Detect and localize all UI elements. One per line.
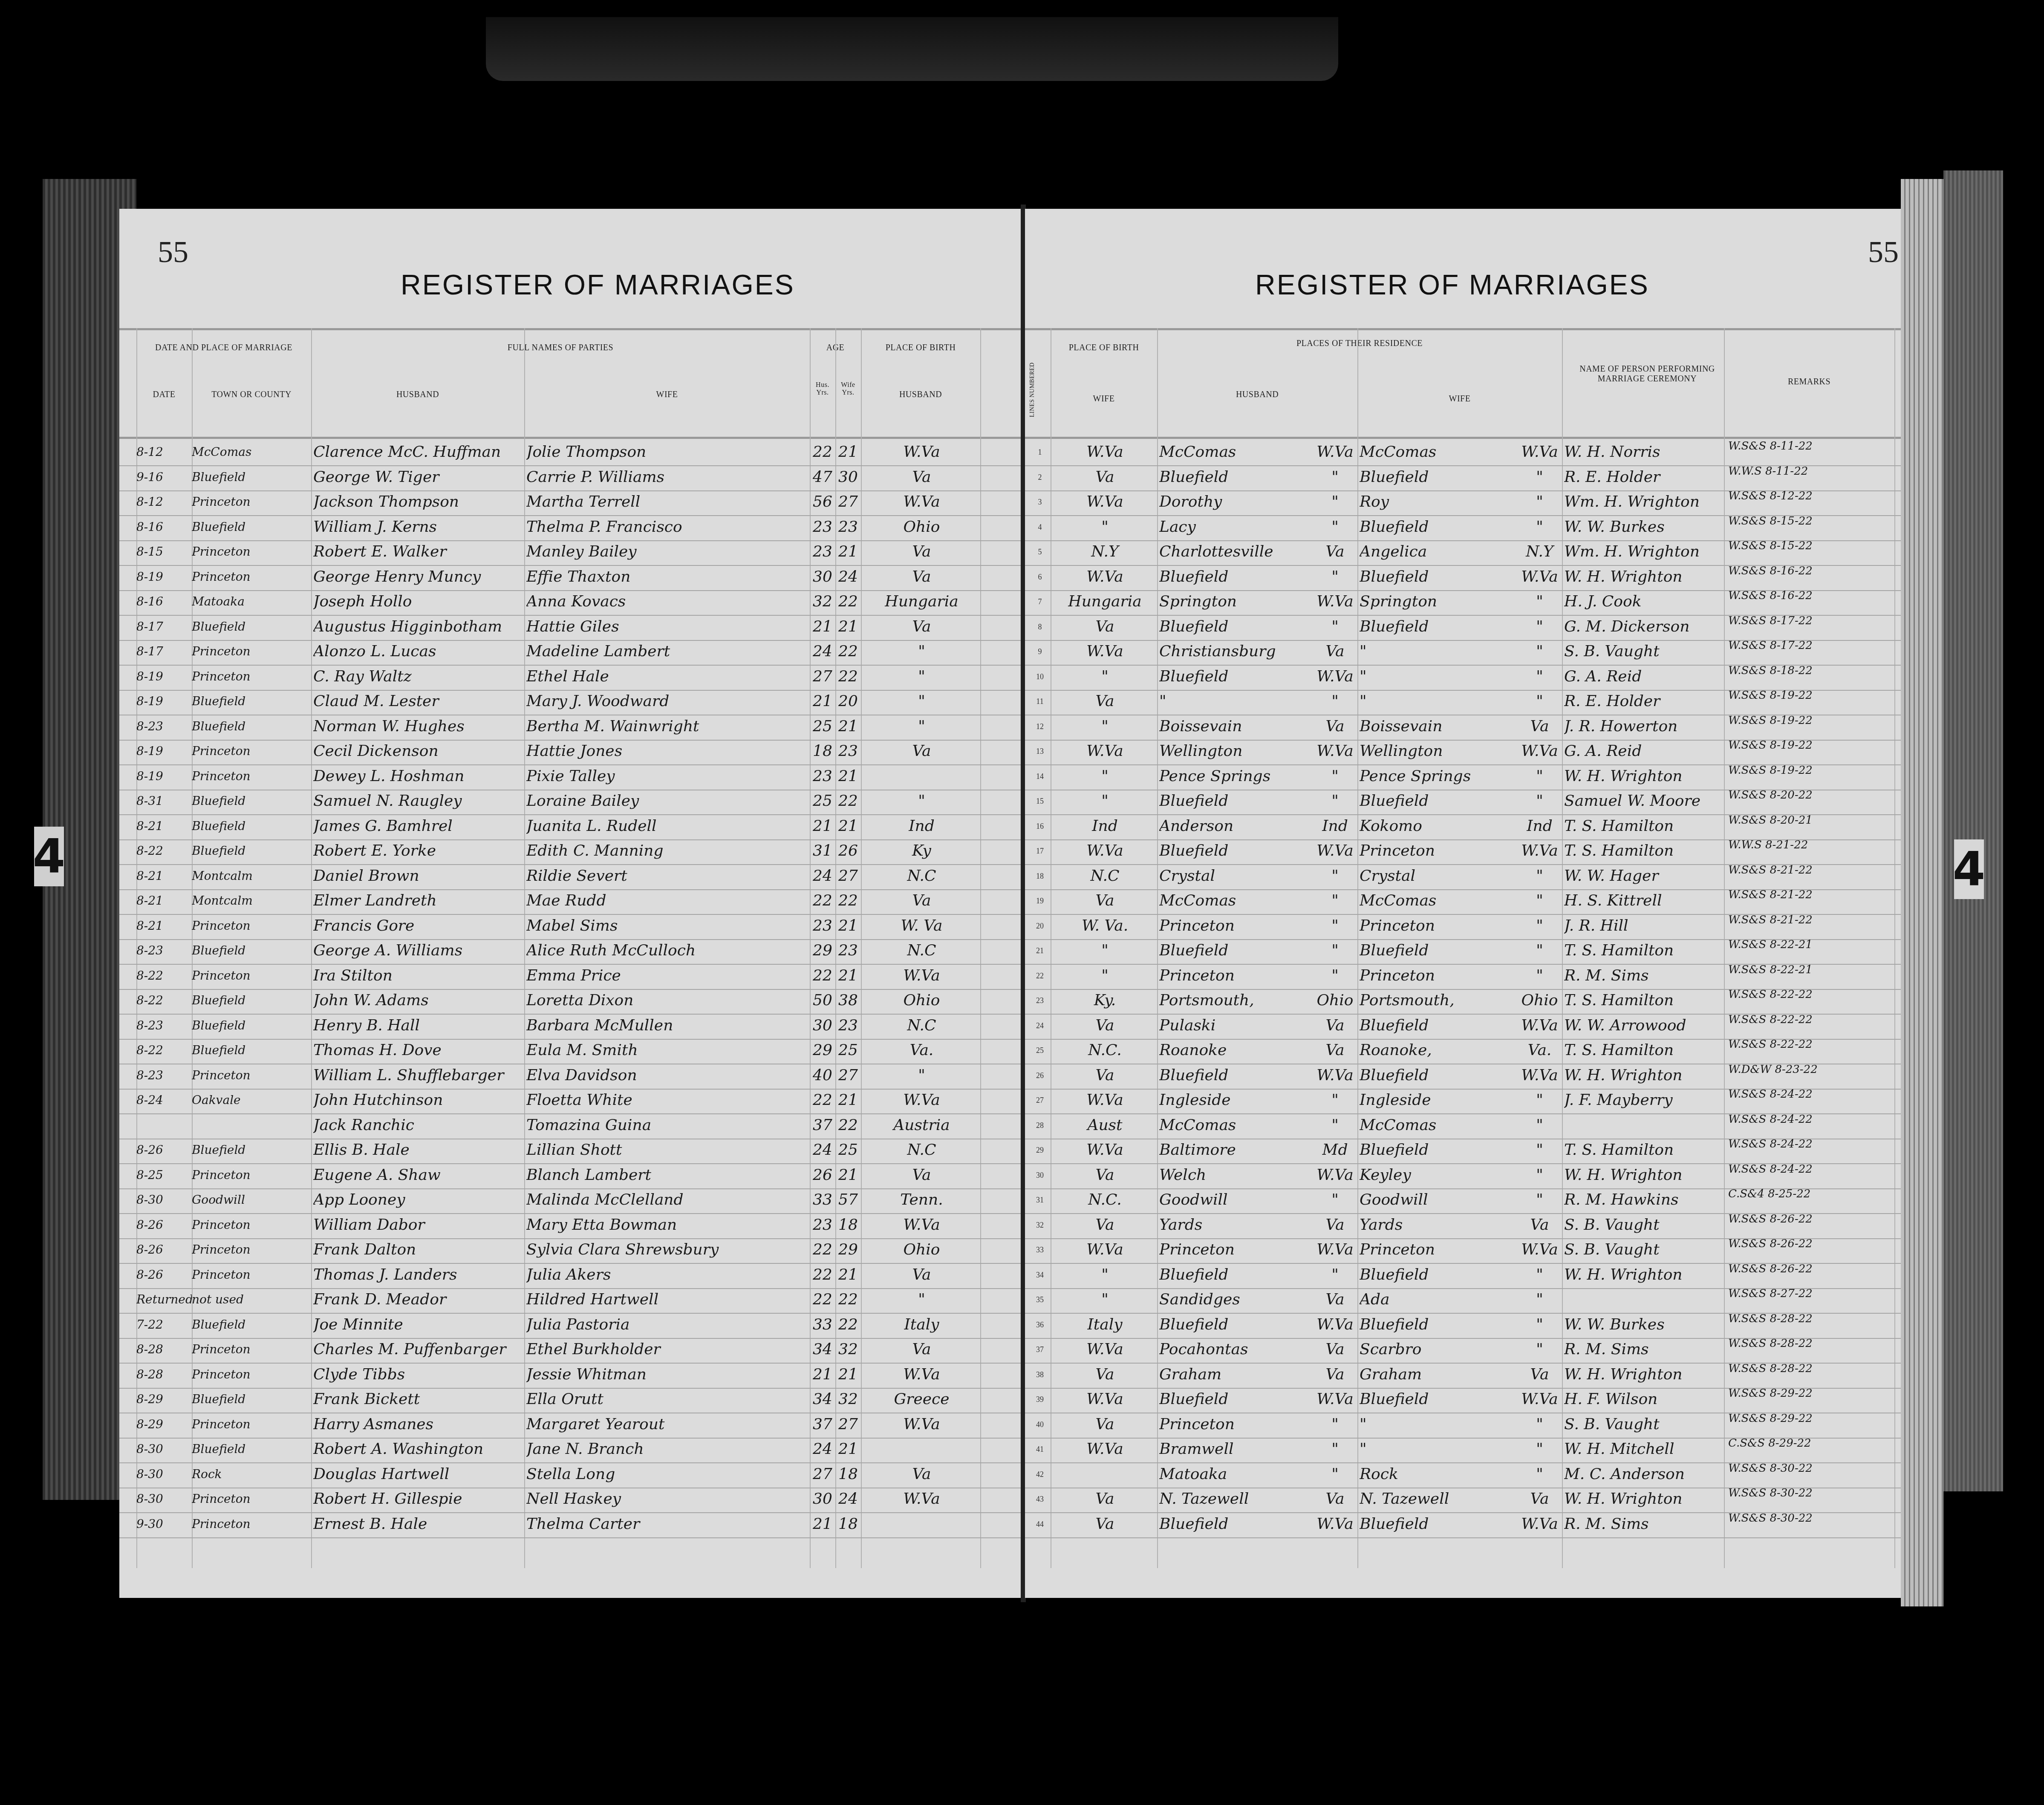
table-row: 8-19BluefieldClaud M. LesterMary J. Wood… xyxy=(119,688,1023,715)
row-town: Princeton xyxy=(192,1486,311,1512)
row-birth-wife: N.C. xyxy=(1053,1037,1157,1064)
row-wife: Jane N. Branch xyxy=(526,1436,810,1462)
table-row: 28AustMcComas"McComas"W.S&S 8-24-22 xyxy=(1025,1112,1941,1139)
row-age-wife: 21 xyxy=(835,1087,861,1113)
row-husband: Jack Ranchic xyxy=(313,1112,524,1139)
row-res-wife: Bluefield xyxy=(1360,564,1517,590)
row-date: 7-22 xyxy=(136,1312,192,1338)
row-res-husband-state: " xyxy=(1313,564,1357,590)
row-line-number: 44 xyxy=(1029,1511,1051,1537)
row-res-husband: Crystal xyxy=(1159,863,1313,889)
row-officiant: T. S. Hamilton xyxy=(1564,813,1724,839)
table-row: 20W. Va.Princeton"Princeton"J. R. HillW.… xyxy=(1025,913,1941,940)
row-remarks: W.S&S 8-18-22 xyxy=(1728,663,1894,691)
table-row: 8-30PrincetonRobert H. GillespieNell Has… xyxy=(119,1486,1023,1513)
row-birth-wife: Va xyxy=(1053,1062,1157,1089)
table-row: 8-23BluefieldHenry B. HallBarbara McMull… xyxy=(119,1012,1023,1040)
row-res-wife: Keyley xyxy=(1360,1162,1517,1188)
row-date: 8-29 xyxy=(136,1411,192,1438)
row-husband: C. Ray Waltz xyxy=(313,663,524,690)
table-row: 8-31BluefieldSamuel N. RaugleyLoraine Ba… xyxy=(119,788,1023,815)
row-res-wife: Boissevain xyxy=(1360,713,1517,740)
table-row: 8-16BluefieldWilliam J. KernsThelma P. F… xyxy=(119,514,1023,541)
row-age-wife: 21 xyxy=(835,963,861,989)
row-res-husband: Anderson xyxy=(1159,813,1313,839)
row-town xyxy=(192,1112,311,1139)
row-res-wife-state: W.Va xyxy=(1517,738,1562,764)
row-officiant: R. M. Sims xyxy=(1564,1511,1724,1537)
table-row: 37W.VaPocahontasVaScarbro"R. M. SimsW.S&… xyxy=(1025,1336,1941,1364)
table-row: 8-24OakvaleJohn HutchinsonFloetta White2… xyxy=(119,1087,1023,1114)
row-res-husband: Christiansburg xyxy=(1159,638,1313,665)
row-town: Princeton xyxy=(192,1262,311,1288)
row-town: Princeton xyxy=(192,1212,311,1238)
row-husband: Douglas Hartwell xyxy=(313,1461,524,1488)
row-officiant: Samuel W. Moore xyxy=(1564,788,1724,814)
row-res-husband: Bramwell xyxy=(1159,1436,1313,1462)
row-age-wife: 21 xyxy=(835,1436,861,1462)
row-age-husband: 30 xyxy=(810,564,835,590)
row-res-husband-state: Va xyxy=(1313,638,1357,665)
row-birth-wife: W.Va xyxy=(1053,439,1157,465)
row-res-wife-state: " xyxy=(1517,1286,1562,1313)
row-remarks: W.S&S 8-26-22 xyxy=(1728,1212,1894,1240)
table-row: 8-26PrincetonThomas J. LandersJulia Aker… xyxy=(119,1262,1023,1289)
row-res-husband-state: " xyxy=(1313,1112,1357,1139)
row-age-husband: 23 xyxy=(810,514,835,540)
row-officiant: H. F. Wilson xyxy=(1564,1386,1724,1413)
row-res-wife: N. Tazewell xyxy=(1360,1486,1517,1512)
header-birth-wife: WIFE xyxy=(1051,394,1157,404)
row-birth-wife: Italy xyxy=(1053,1312,1157,1338)
row-res-wife-state: " xyxy=(1517,1262,1562,1288)
row-age-husband: 27 xyxy=(810,663,835,690)
row-line-number: 16 xyxy=(1029,813,1051,839)
row-res-husband: Sandidges xyxy=(1159,1286,1313,1313)
row-age-wife: 27 xyxy=(835,863,861,889)
row-res-wife-state: " xyxy=(1517,1436,1562,1462)
row-res-husband: Dorothy xyxy=(1159,489,1313,515)
row-res-husband-state: W.Va xyxy=(1313,1237,1357,1263)
table-row: 21"Bluefield"Bluefield"T. S. HamiltonW.S… xyxy=(1025,937,1941,965)
row-res-husband-state: " xyxy=(1313,863,1357,889)
row-husband: William L. Shufflebarger xyxy=(313,1062,524,1089)
header-remarks: REMARKS xyxy=(1724,377,1894,387)
row-date: 8-23 xyxy=(136,1062,192,1089)
row-age-wife: 18 xyxy=(835,1212,861,1238)
row-wife: Effie Thaxton xyxy=(526,564,810,590)
row-birth-husband: Va xyxy=(863,888,980,914)
row-res-husband-state: " xyxy=(1313,937,1357,964)
row-age-husband: 30 xyxy=(810,1012,835,1039)
row-line-number: 1 xyxy=(1029,439,1051,465)
row-wife: Rildie Severt xyxy=(526,863,810,889)
row-wife: Stella Long xyxy=(526,1461,810,1488)
row-officiant: T. S. Hamilton xyxy=(1564,1137,1724,1163)
row-wife: Nell Haskey xyxy=(526,1486,810,1512)
row-age-wife: 18 xyxy=(835,1511,861,1537)
row-birth-husband: Va xyxy=(863,738,980,764)
row-res-husband-state: " xyxy=(1313,614,1357,640)
row-remarks: W.S&S 8-16-22 xyxy=(1728,588,1894,616)
row-birth-wife: " xyxy=(1053,937,1157,964)
row-officiant xyxy=(1564,1286,1724,1313)
row-age-husband: 31 xyxy=(810,838,835,864)
table-row: 41W.VaBramwell"""W. H. MitchellC.S&S 8-2… xyxy=(1025,1436,1941,1463)
row-date: 8-25 xyxy=(136,1162,192,1188)
row-res-husband: Pence Springs xyxy=(1159,763,1313,790)
row-res-husband: Charlottesville xyxy=(1159,539,1313,565)
row-res-wife: Goodwill xyxy=(1360,1187,1517,1213)
row-wife: Mary J. Woodward xyxy=(526,688,810,715)
table-row: 24VaPulaskiVaBluefieldW.VaW. W. Arrowood… xyxy=(1025,1012,1941,1040)
table-row: 8-22BluefieldThomas H. DoveEula M. Smith… xyxy=(119,1037,1023,1064)
row-res-wife-state: " xyxy=(1517,1336,1562,1363)
page-edges-stack xyxy=(1901,179,1943,1606)
row-birth-husband: Va xyxy=(863,1162,980,1188)
row-line-number: 3 xyxy=(1029,489,1051,515)
header-res-husband: HUSBAND xyxy=(1157,390,1357,400)
row-age-wife: 27 xyxy=(835,1411,861,1438)
row-date: 8-23 xyxy=(136,937,192,964)
row-age-husband: 22 xyxy=(810,1087,835,1113)
row-husband: Ellis B. Hale xyxy=(313,1137,524,1163)
row-res-wife: Scarbro xyxy=(1360,1336,1517,1363)
row-res-wife: Bluefield xyxy=(1360,788,1517,814)
row-town: Princeton xyxy=(192,638,311,665)
row-wife: Sylvia Clara Shrewsbury xyxy=(526,1237,810,1263)
row-town: Princeton xyxy=(192,1411,311,1438)
row-age-wife: 21 xyxy=(835,913,861,939)
row-birth-wife: W.Va xyxy=(1053,638,1157,665)
row-birth-wife: Va xyxy=(1053,464,1157,490)
row-town: Bluefield xyxy=(192,937,311,964)
row-line-number: 24 xyxy=(1029,1012,1051,1039)
row-town: Bluefield xyxy=(192,1386,311,1413)
row-remarks: W.S&S 8-24-22 xyxy=(1728,1162,1894,1190)
row-officiant: R. E. Holder xyxy=(1564,688,1724,715)
row-res-husband: Bluefield xyxy=(1159,564,1313,590)
row-birth-husband xyxy=(863,763,980,790)
row-town: Montcalm xyxy=(192,888,311,914)
table-row: 8-29BluefieldFrank BickettElla Orutt3432… xyxy=(119,1386,1023,1413)
row-birth-husband: N.C xyxy=(863,937,980,964)
row-birth-husband: Va xyxy=(863,1262,980,1288)
row-town: Princeton xyxy=(192,763,311,790)
row-age-wife: 21 xyxy=(835,614,861,640)
row-res-husband: N. Tazewell xyxy=(1159,1486,1313,1512)
row-town: Goodwill xyxy=(192,1187,311,1213)
row-birth-wife: W.Va xyxy=(1053,1436,1157,1462)
row-officiant: R. M. Sims xyxy=(1564,1336,1724,1363)
row-husband: Cecil Dickenson xyxy=(313,738,524,764)
row-res-husband: McComas xyxy=(1159,439,1313,465)
row-res-wife: Princeton xyxy=(1360,838,1517,864)
table-row: 8-30BluefieldRobert A. WashingtonJane N.… xyxy=(119,1436,1023,1463)
row-wife: Lillian Shott xyxy=(526,1137,810,1163)
row-birth-wife: W.Va xyxy=(1053,1237,1157,1263)
row-officiant: G. A. Reid xyxy=(1564,738,1724,764)
row-age-wife: 27 xyxy=(835,1062,861,1089)
row-remarks: W.S&S 8-24-22 xyxy=(1728,1087,1894,1115)
row-husband: George W. Tiger xyxy=(313,464,524,490)
table-row: 8-21BluefieldJames G. BamhrelJuanita L. … xyxy=(119,813,1023,840)
table-row: 2VaBluefield"Bluefield"R. E. HolderW.W.S… xyxy=(1025,464,1941,491)
row-town: Bluefield xyxy=(192,688,311,715)
row-remarks: W.S&S 8-28-22 xyxy=(1728,1312,1894,1339)
row-remarks: W.S&S 8-16-22 xyxy=(1728,564,1894,591)
row-line-number: 5 xyxy=(1029,539,1051,565)
row-age-wife: 25 xyxy=(835,1137,861,1163)
row-line-number: 10 xyxy=(1029,663,1051,690)
table-row: 11Va""""R. E. HolderW.S&S 8-19-22 xyxy=(1025,688,1941,715)
row-line-number: 27 xyxy=(1029,1087,1051,1113)
row-town: Princeton xyxy=(192,489,311,515)
row-res-wife-state: " xyxy=(1517,1411,1562,1438)
row-wife: Tomazina Guina xyxy=(526,1112,810,1139)
row-remarks: W.S&S 8-22-22 xyxy=(1728,1012,1894,1040)
row-birth-husband: " xyxy=(863,1286,980,1313)
row-officiant: W. H. Mitchell xyxy=(1564,1436,1724,1462)
row-birth-husband: " xyxy=(863,688,980,715)
row-birth-husband: Ohio xyxy=(863,1237,980,1263)
row-res-husband: Goodwill xyxy=(1159,1187,1313,1213)
table-row: 8-22BluefieldRobert E. YorkeEdith C. Man… xyxy=(119,838,1023,865)
row-res-wife: " xyxy=(1360,1436,1517,1462)
row-line-number: 34 xyxy=(1029,1262,1051,1288)
row-officiant: W. H. Wrighton xyxy=(1564,1062,1724,1089)
row-birth-husband: Hungaria xyxy=(863,588,980,615)
row-line-number: 31 xyxy=(1029,1187,1051,1213)
table-row: 33W.VaPrincetonW.VaPrincetonW.VaS. B. Va… xyxy=(1025,1237,1941,1264)
row-res-husband: Portsmouth, xyxy=(1159,987,1313,1014)
row-birth-wife: W.Va xyxy=(1053,1336,1157,1363)
table-row: 8-30RockDouglas HartwellStella Long2718V… xyxy=(119,1461,1023,1488)
row-age-wife: 24 xyxy=(835,1486,861,1512)
row-wife: Ethel Hale xyxy=(526,663,810,690)
row-officiant: R. E. Holder xyxy=(1564,464,1724,490)
row-res-wife: McComas xyxy=(1360,1112,1517,1139)
row-remarks: W.S&S 8-15-22 xyxy=(1728,514,1894,542)
row-res-wife: Rock xyxy=(1360,1461,1517,1488)
row-line-number: 36 xyxy=(1029,1312,1051,1338)
row-town: Matoaka xyxy=(192,588,311,615)
row-res-husband-state: " xyxy=(1313,1262,1357,1288)
row-res-husband: Roanoke xyxy=(1159,1037,1313,1064)
table-row: 12"BoissevainVaBoissevainVaJ. R. Howerto… xyxy=(1025,713,1941,741)
row-res-wife-state: " xyxy=(1517,1187,1562,1213)
row-remarks: W.S&S 8-22-21 xyxy=(1728,937,1894,965)
row-res-wife-state: " xyxy=(1517,464,1562,490)
row-date: 8-17 xyxy=(136,614,192,640)
row-res-wife: Pence Springs xyxy=(1360,763,1517,790)
row-age-husband: 21 xyxy=(810,688,835,715)
row-age-wife: 22 xyxy=(835,638,861,665)
row-officiant: J. R. Hill xyxy=(1564,913,1724,939)
row-town: McComas xyxy=(192,439,311,465)
row-age-husband: 24 xyxy=(810,1436,835,1462)
row-line-number: 18 xyxy=(1029,863,1051,889)
row-town: Montcalm xyxy=(192,863,311,889)
row-officiant: S. B. Vaught xyxy=(1564,1212,1724,1238)
table-row: 8-12McComasClarence McC. HuffmanJolie Th… xyxy=(119,439,1023,466)
row-officiant: T. S. Hamilton xyxy=(1564,987,1724,1014)
row-birth-wife: W.Va xyxy=(1053,1386,1157,1413)
row-town: Bluefield xyxy=(192,514,311,540)
row-res-husband-state: W.Va xyxy=(1313,663,1357,690)
row-res-husband-state: Va xyxy=(1313,1012,1357,1039)
row-officiant: G. M. Dickerson xyxy=(1564,614,1724,640)
row-remarks: W.S&S 8-30-22 xyxy=(1728,1461,1894,1489)
row-remarks: W.S&S 8-29-22 xyxy=(1728,1386,1894,1414)
row-birth-husband: Va xyxy=(863,1336,980,1363)
row-res-wife-state: N.Y xyxy=(1517,539,1562,565)
row-line-number: 11 xyxy=(1029,688,1051,715)
row-age-wife: 32 xyxy=(835,1336,861,1363)
row-remarks: W.S&S 8-15-22 xyxy=(1728,539,1894,566)
row-res-husband-state: " xyxy=(1313,1087,1357,1113)
table-row: 8-29PrincetonHarry AsmanesMargaret Yearo… xyxy=(119,1411,1023,1439)
row-line-number: 17 xyxy=(1029,838,1051,864)
row-officiant xyxy=(1564,1112,1724,1139)
row-res-wife-state: " xyxy=(1517,688,1562,715)
row-birth-husband: Va xyxy=(863,1461,980,1488)
row-remarks: W.S&S 8-20-22 xyxy=(1728,788,1894,816)
row-age-husband: 33 xyxy=(810,1312,835,1338)
row-res-wife: Bluefield xyxy=(1360,1312,1517,1338)
row-date: 8-19 xyxy=(136,688,192,715)
row-date: 8-19 xyxy=(136,564,192,590)
table-row: 1W.VaMcComasW.VaMcComasW.VaW. H. NorrisW… xyxy=(1025,439,1941,466)
row-birth-wife: Aust xyxy=(1053,1112,1157,1139)
row-res-husband: Bluefield xyxy=(1159,1312,1313,1338)
row-res-husband: Bluefield xyxy=(1159,838,1313,864)
row-line-number: 12 xyxy=(1029,713,1051,740)
left-page: 55 REGISTER OF MARRIAGES DATE AND PLACE … xyxy=(119,209,1023,1598)
table-row: 31N.C.Goodwill"Goodwill"R. M. HawkinsC.S… xyxy=(1025,1187,1941,1214)
row-wife: Malinda McClelland xyxy=(526,1187,810,1213)
index-tab-right: 4 xyxy=(1954,839,1984,899)
row-date: 8-23 xyxy=(136,713,192,740)
table-row: 8-19PrincetonC. Ray WaltzEthel Hale2722" xyxy=(119,663,1023,691)
row-res-husband: Princeton xyxy=(1159,963,1313,989)
row-birth-wife: Va xyxy=(1053,1361,1157,1388)
row-birth-husband: Va xyxy=(863,539,980,565)
row-birth-wife: " xyxy=(1053,963,1157,989)
row-age-husband: 47 xyxy=(810,464,835,490)
row-line-number: 35 xyxy=(1029,1286,1051,1313)
row-res-wife: Yards xyxy=(1360,1212,1517,1238)
row-wife: Elva Davidson xyxy=(526,1062,810,1089)
table-row: 13W.VaWellingtonW.VaWellingtonW.VaG. A. … xyxy=(1025,738,1941,765)
row-date: 8-30 xyxy=(136,1461,192,1488)
row-birth-husband: W.Va xyxy=(863,1087,980,1113)
row-wife: Jessie Whitman xyxy=(526,1361,810,1388)
row-officiant: W. W. Arrowood xyxy=(1564,1012,1724,1039)
header-full-names: FULL NAMES OF PARTIES xyxy=(311,343,810,353)
header-officiant: NAME OF PERSON PERFORMING MARRIAGE CEREM… xyxy=(1571,364,1724,384)
row-res-husband-state: Va xyxy=(1313,1286,1357,1313)
row-date: 8-26 xyxy=(136,1237,192,1263)
row-age-husband: 32 xyxy=(810,588,835,615)
row-birth-wife: Va xyxy=(1053,614,1157,640)
row-officiant: W. W. Hager xyxy=(1564,863,1724,889)
row-date: 8-21 xyxy=(136,813,192,839)
row-wife: Margaret Yearout xyxy=(526,1411,810,1438)
row-birth-husband: Italy xyxy=(863,1312,980,1338)
row-officiant: W. W. Burkes xyxy=(1564,514,1724,540)
row-line-number: 38 xyxy=(1029,1361,1051,1388)
row-officiant: M. C. Anderson xyxy=(1564,1461,1724,1488)
row-officiant: S. B. Vaught xyxy=(1564,1237,1724,1263)
header-residence-group: PLACES OF THEIR RESIDENCE xyxy=(1157,339,1562,349)
row-res-husband-state: W.Va xyxy=(1313,1386,1357,1413)
row-line-number: 40 xyxy=(1029,1411,1051,1438)
table-row: 22"Princeton"Princeton"R. M. SimsW.S&S 8… xyxy=(1025,963,1941,990)
row-line-number: 6 xyxy=(1029,564,1051,590)
row-res-wife: Bluefield xyxy=(1360,1262,1517,1288)
row-remarks: W.S&S 8-28-22 xyxy=(1728,1336,1894,1364)
row-res-husband-state: W.Va xyxy=(1313,588,1357,615)
table-row: 8-21PrincetonFrancis GoreMabel Sims2321W… xyxy=(119,913,1023,940)
row-res-wife-state: " xyxy=(1517,788,1562,814)
row-age-husband: 56 xyxy=(810,489,835,515)
row-age-husband: 25 xyxy=(810,713,835,740)
row-age-wife: 22 xyxy=(835,663,861,690)
row-age-wife: 22 xyxy=(835,1112,861,1139)
header-wife: WIFE xyxy=(524,390,810,400)
row-res-husband-state: " xyxy=(1313,788,1357,814)
row-remarks: W.S&S 8-27-22 xyxy=(1728,1286,1894,1314)
row-res-wife-state: " xyxy=(1517,638,1562,665)
row-birth-wife: N.C. xyxy=(1053,1187,1157,1213)
table-row: 23Ky.Portsmouth,OhioPortsmouth,OhioT. S.… xyxy=(1025,987,1941,1015)
row-birth-wife: Va xyxy=(1053,1511,1157,1537)
row-line-number: 8 xyxy=(1029,614,1051,640)
table-row: 8-21MontcalmElmer LandrethMae Rudd2222Va xyxy=(119,888,1023,915)
row-line-number: 30 xyxy=(1029,1162,1051,1188)
row-age-wife: 26 xyxy=(835,838,861,864)
row-line-number: 39 xyxy=(1029,1386,1051,1413)
row-date: 8-26 xyxy=(136,1137,192,1163)
row-res-wife-state: W.Va xyxy=(1517,1062,1562,1089)
row-birth-husband: " xyxy=(863,638,980,665)
row-res-wife-state: " xyxy=(1517,1137,1562,1163)
row-date: 8-30 xyxy=(136,1187,192,1213)
row-birth-husband: " xyxy=(863,713,980,740)
row-date: 8-30 xyxy=(136,1486,192,1512)
row-age-husband: 18 xyxy=(810,738,835,764)
row-town: Princeton xyxy=(192,1237,311,1263)
row-husband: Robert E. Yorke xyxy=(313,838,524,864)
table-row: 8-26PrincetonFrank DaltonSylvia Clara Sh… xyxy=(119,1237,1023,1264)
row-res-husband-state: " xyxy=(1313,963,1357,989)
row-husband: Frank D. Meador xyxy=(313,1286,524,1313)
row-date xyxy=(136,1112,192,1139)
page-number-right: 55 xyxy=(1868,234,1899,270)
row-res-wife: Bluefield xyxy=(1360,1137,1517,1163)
row-age-husband: 23 xyxy=(810,539,835,565)
row-res-wife: Princeton xyxy=(1360,963,1517,989)
row-age-wife: 25 xyxy=(835,1037,861,1064)
index-tab-left: 4 xyxy=(34,827,64,886)
row-husband: Claud M. Lester xyxy=(313,688,524,715)
row-wife: Carrie P. Williams xyxy=(526,464,810,490)
row-age-wife: 21 xyxy=(835,539,861,565)
row-wife: Julia Akers xyxy=(526,1262,810,1288)
row-age-wife: 57 xyxy=(835,1187,861,1213)
row-res-wife: Bluefield xyxy=(1360,1012,1517,1039)
